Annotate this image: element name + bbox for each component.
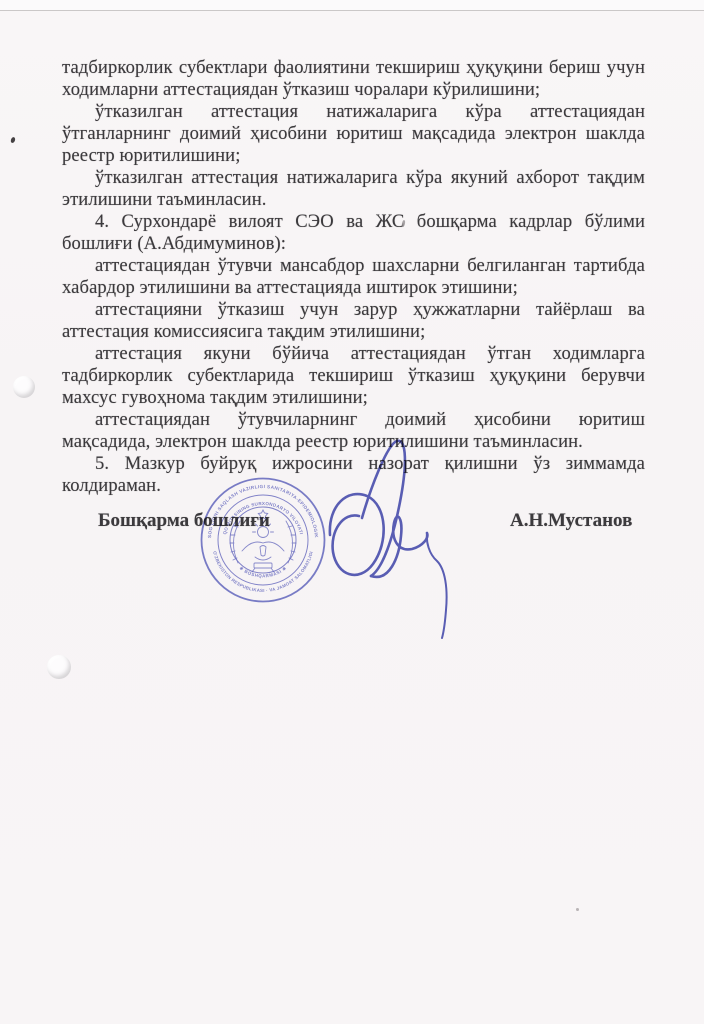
paragraph-continuation: тадбиркорлик субектлари фаолиятини текши…	[62, 57, 645, 101]
official-stamp: SOG'LIQNI SAQLASH VAZIRLIGI SANITARIYA-E…	[198, 475, 328, 605]
signatory-name: А.Н.Мустанов	[510, 510, 632, 532]
clause-4-heading: 4. Сурхондарё вилоят СЭО ва ЖС бошқарма …	[62, 211, 645, 255]
svg-text:O'ZBEKISTON RESPUBLIKASI · VA: O'ZBEKISTON RESPUBLIKASI · VA JAMOAT SAL…	[212, 551, 314, 593]
signature-stroke	[330, 494, 384, 575]
stamp-middle-ring	[218, 495, 308, 585]
signature-stroke	[427, 533, 447, 638]
stamp-outer-ring-bottom-text: O'ZBEKISTON RESPUBLIKASI · VA JAMOAT SAL…	[212, 551, 314, 593]
ink-speck	[10, 136, 16, 143]
stamp-outer-ring	[202, 479, 325, 602]
clause-attestation-register: ўтказилган аттестация натижаларига кўра …	[62, 101, 645, 167]
clause-final-report: ўтказилган аттестация натижаларига кўра …	[62, 167, 645, 211]
scanned-document-page: тадбиркорлик субектлари фаолиятини текши…	[0, 0, 704, 1024]
clause-prepare-documents: аттестацияни ўтказиш учун зарур ҳужжатла…	[62, 299, 645, 343]
svg-text:✱ BOSHQARMASI ✱: ✱ BOSHQARMASI ✱	[238, 565, 287, 578]
scan-edge-line	[0, 10, 704, 11]
scan-edge-strip	[0, 0, 704, 10]
state-emblem-icon	[230, 510, 296, 572]
ink-speck	[576, 908, 579, 911]
punch-hole-bottom	[47, 655, 71, 679]
clause-notify-officials: аттестациядан ўтувчи мансабдор шахсларни…	[62, 255, 645, 299]
signature-stroke	[362, 441, 405, 576]
stamp-inner-ring-bottom-text: ✱ BOSHQARMASI ✱	[238, 565, 287, 578]
handwritten-signature	[315, 430, 465, 645]
clause-issue-certificate: аттестация якуни бўйича аттестациядан ўт…	[62, 343, 645, 409]
punch-hole-top	[13, 376, 35, 398]
